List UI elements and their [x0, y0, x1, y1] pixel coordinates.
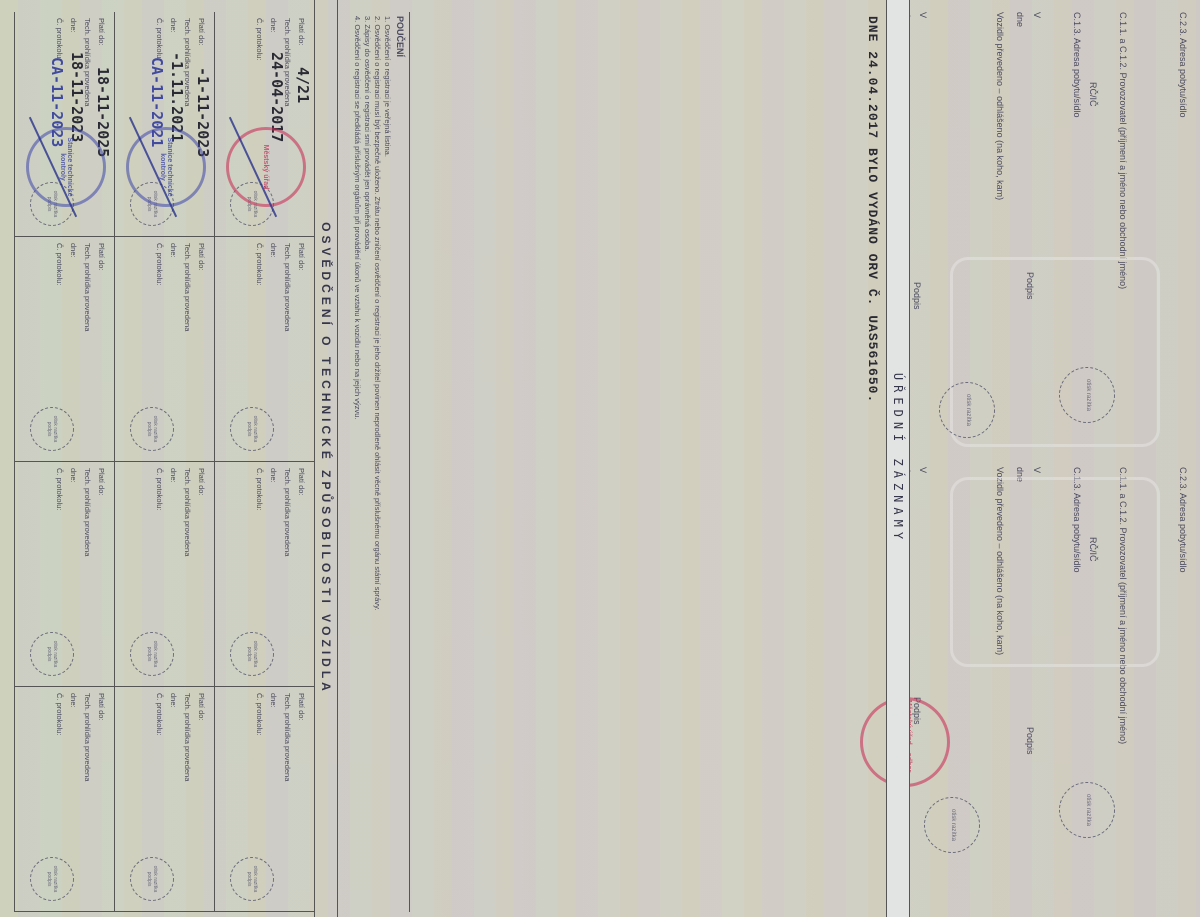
date-label: dne:	[269, 243, 278, 258]
seal-placeholder: otisk razítka podpis	[30, 857, 74, 901]
protocol-label: Č. protokolu:	[55, 243, 64, 286]
rc-label: RČ/IČ	[1088, 82, 1098, 107]
date-label: dne:	[169, 468, 178, 483]
address-label: C.2.3. Adresa pobytu/sídlo	[1178, 467, 1188, 573]
technical-certificate-header: OSVĚDČENÍ O TECHNICKÉ ZPŮSOBILOSTI VOZID…	[314, 0, 338, 917]
protocol-label: Č. protokolu:	[255, 693, 264, 736]
protocol-label: Č. protokolu:	[155, 18, 164, 61]
seal-placeholder: otisk razítka	[939, 382, 995, 438]
inspection-cell: Platí do:Tech. prohlídka provedenadne:Č.…	[114, 237, 214, 462]
valid-until-label: Platí do:	[97, 468, 106, 496]
address-label: C.2.3. Adresa pobytu/sídlo	[1178, 12, 1188, 118]
valid-until-label: Platí do:	[297, 18, 306, 46]
valid-until-label: Platí do:	[297, 468, 306, 496]
valid-until-label: Platí do:	[197, 693, 206, 721]
seal-placeholder: otisk razítka podpis	[130, 632, 174, 676]
date-label: dne:	[169, 693, 178, 708]
date-label: dne:	[69, 243, 78, 258]
inspection-cell: Platí do:Tech. prohlídka provedenadne:Č.…	[14, 12, 114, 237]
valid-until-label: Platí do:	[297, 693, 306, 721]
seal-placeholder: otisk razítka podpis	[30, 407, 74, 451]
protocol-label: Č. protokolu:	[255, 243, 264, 286]
seal-placeholder: otisk razítka podpis	[30, 632, 74, 676]
inspection-done-label: Tech. prohlídka provedena	[183, 243, 192, 331]
inspection-cell: Platí do:Tech. prohlídka provedenadne:Č.…	[114, 12, 214, 237]
operator-label: C.1.1. a C.1.2. Provozovatel (příjmení a…	[1118, 12, 1128, 289]
inspection-cell: Platí do:Tech. prohlídka provedenadne:Č.…	[214, 687, 314, 912]
signature-label: Podpis	[1025, 727, 1035, 755]
protocol-label: Č. protokolu:	[55, 468, 64, 511]
seal-placeholder: otisk razítka podpis	[130, 407, 174, 451]
valid-until-label: Platí do:	[197, 468, 206, 496]
seal-placeholder: otisk razítka podpis	[230, 407, 274, 451]
seal-placeholder: otisk razítka	[1059, 367, 1115, 423]
place-label: V	[1032, 12, 1042, 18]
inspection-cell: Platí do:Tech. prohlídka provedenadne:Č.…	[14, 237, 114, 462]
valid-until-value: 4/21	[294, 67, 312, 103]
valid-until-label: Platí do:	[297, 243, 306, 271]
inspection-done-label: Tech. prohlídka provedena	[83, 693, 92, 781]
seal-placeholder: otisk razítka	[924, 797, 980, 853]
official-notes-entry: DNE 24.04.2017 BYLO VYDÁNO ORV Č. UAS561…	[865, 16, 880, 403]
registration-certificate-page: C.2.3. Adresa pobytu/sídlo C.1.1. a C.1.…	[0, 0, 1200, 917]
place-label: V	[1032, 467, 1042, 473]
valid-until-label: Platí do:	[97, 243, 106, 271]
inspection-cell: Platí do:Tech. prohlídka provedenadne:Č.…	[14, 462, 114, 687]
inspection-cell: Platí do:Tech. prohlídka provedenadne:Č.…	[214, 12, 314, 237]
instruction-item: 3. Zápisy do osvědčení o registraci smí …	[362, 16, 372, 912]
inspection-done-label: Tech. prohlídka provedena	[183, 468, 192, 556]
date-label: dne	[1015, 12, 1025, 27]
instruction-item: 2. Osvědčení o registraci musí být bezpe…	[372, 16, 382, 912]
inspection-done-label: Tech. prohlídka provedena	[83, 468, 92, 556]
date-label: dne:	[269, 18, 278, 33]
valid-until-label: Platí do:	[197, 243, 206, 271]
technical-inspection-grid: Platí do:Tech. prohlídka provedenadne:Č.…	[14, 12, 314, 912]
protocol-label: Č. protokolu:	[55, 18, 64, 61]
protocol-label: Č. protokolu:	[55, 693, 64, 736]
inspection-done-label: Tech. prohlídka provedena	[283, 693, 292, 781]
valid-until-label: Platí do:	[97, 693, 106, 721]
inspection-cell: Platí do:Tech. prohlídka provedenadne:Č.…	[14, 687, 114, 912]
seal-placeholder: otisk razítka podpis	[130, 857, 174, 901]
date-label: dne:	[169, 243, 178, 258]
seal-placeholder: otisk razítka	[1059, 782, 1115, 838]
protocol-label: Č. protokolu:	[155, 693, 164, 736]
inspection-cell: Platí do:Tech. prohlídka provedenadne:Č.…	[214, 237, 314, 462]
valid-until-label: Platí do:	[197, 18, 206, 46]
date-label: dne:	[169, 18, 178, 33]
coat-of-arms-watermark	[950, 477, 1160, 667]
date-label: dne:	[69, 693, 78, 708]
inspection-cell: Platí do:Tech. prohlídka provedenadne:Č.…	[114, 462, 214, 687]
date-label: dne:	[269, 468, 278, 483]
valid-until-label: Platí do:	[97, 18, 106, 46]
instructions-title: POUČENÍ	[395, 16, 405, 912]
signature-label-2: Podpis	[912, 282, 922, 310]
inspection-done-label: Tech. prohlídka provedena	[283, 243, 292, 331]
protocol-label: Č. protokolu:	[155, 243, 164, 286]
instruction-item: 1. Osvědčení o registraci je veřejná lis…	[382, 16, 392, 912]
instruction-item: 4. Osvědčení o registraci se předkládá p…	[352, 16, 362, 912]
seal-placeholder: otisk razítka podpis	[230, 857, 274, 901]
place-label-2: V	[918, 467, 928, 473]
place-label-2: V	[918, 12, 928, 18]
protocol-label: Č. protokolu:	[255, 468, 264, 511]
inspection-done-label: Tech. prohlídka provedena	[183, 693, 192, 781]
transfer-label: Vozidlo převedeno – odhlášeno (na koho, …	[995, 12, 1005, 200]
address2-label: C.1.3. Adresa pobytu/sídlo	[1072, 12, 1082, 118]
inspection-cell: Platí do:Tech. prohlídka provedenadne:Č.…	[214, 462, 314, 687]
protocol-label: Č. protokolu:	[155, 468, 164, 511]
official-notes-header: ÚŘEDNÍ ZÁZNAMY	[886, 0, 910, 917]
seal-placeholder: otisk razítka podpis	[230, 632, 274, 676]
date-label: dne:	[69, 468, 78, 483]
inspection-done-label: Tech. prohlídka provedena	[83, 243, 92, 331]
inspection-done-label: Tech. prohlídka provedena	[283, 468, 292, 556]
inspection-cell: Platí do:Tech. prohlídka provedenadne:Č.…	[114, 687, 214, 912]
date-label: dne:	[69, 18, 78, 33]
date-label: dne:	[269, 693, 278, 708]
protocol-label: Č. protokolu:	[255, 18, 264, 61]
